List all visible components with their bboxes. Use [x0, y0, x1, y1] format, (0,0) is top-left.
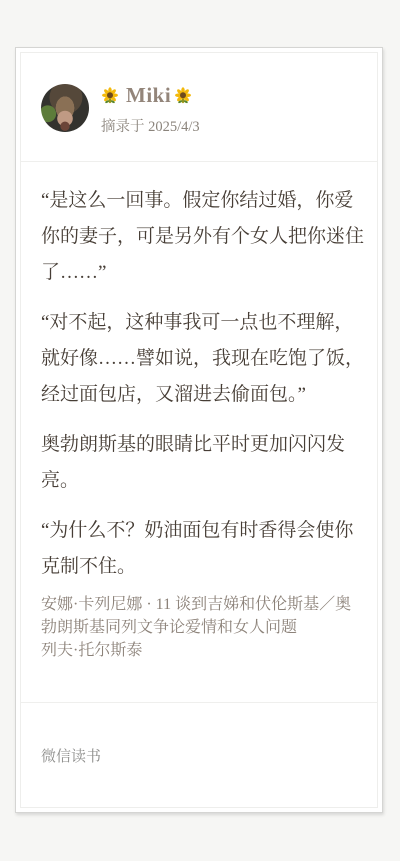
card-header: Miki [21, 53, 377, 161]
username-row: Miki [101, 83, 200, 108]
quote-paragraph: 奥勃朗斯基的眼睛比平时更加闪闪发亮。 [41, 427, 367, 499]
card-inner-frame: Miki [20, 52, 378, 808]
excerpt-date: 摘录于 2025/4/3 [101, 115, 200, 136]
quote-share-card: Miki [15, 47, 383, 813]
book-source: 安娜·卡列尼娜 · 11 谈到吉娣和伏伦斯基／奥勃朗斯基同列文争论爱情和女人问题… [21, 591, 377, 662]
card-footer: 微信读书 [21, 702, 377, 807]
book-author: 列夫·托尔斯泰 [41, 639, 367, 662]
sunflower-icon [101, 87, 119, 105]
chapter-reference: 安娜·卡列尼娜 · 11 谈到吉娣和伏伦斯基／奥勃朗斯基同列文争论爱情和女人问题 [41, 593, 367, 639]
user-info: Miki [101, 82, 200, 136]
sunflower-icon [174, 87, 192, 105]
avatar [41, 84, 89, 132]
quote-paragraph: “对不起，这种事我可一点也不理解，就好像……譬如说，我现在吃饱了饭，经过面包店，… [41, 305, 367, 413]
username: Miki [126, 83, 171, 108]
app-name: 微信读书 [41, 748, 101, 765]
quote-paragraph: “为什么不？奶油面包有时香得会使你克制不住。 [41, 513, 367, 585]
quote-paragraph: “是这么一回事。假定你结过婚，你爱你的妻子，可是另外有个女人把你迷住了……” [41, 183, 367, 291]
quote-body: “是这么一回事。假定你结过婚，你爱你的妻子，可是另外有个女人把你迷住了……” “… [21, 162, 377, 591]
